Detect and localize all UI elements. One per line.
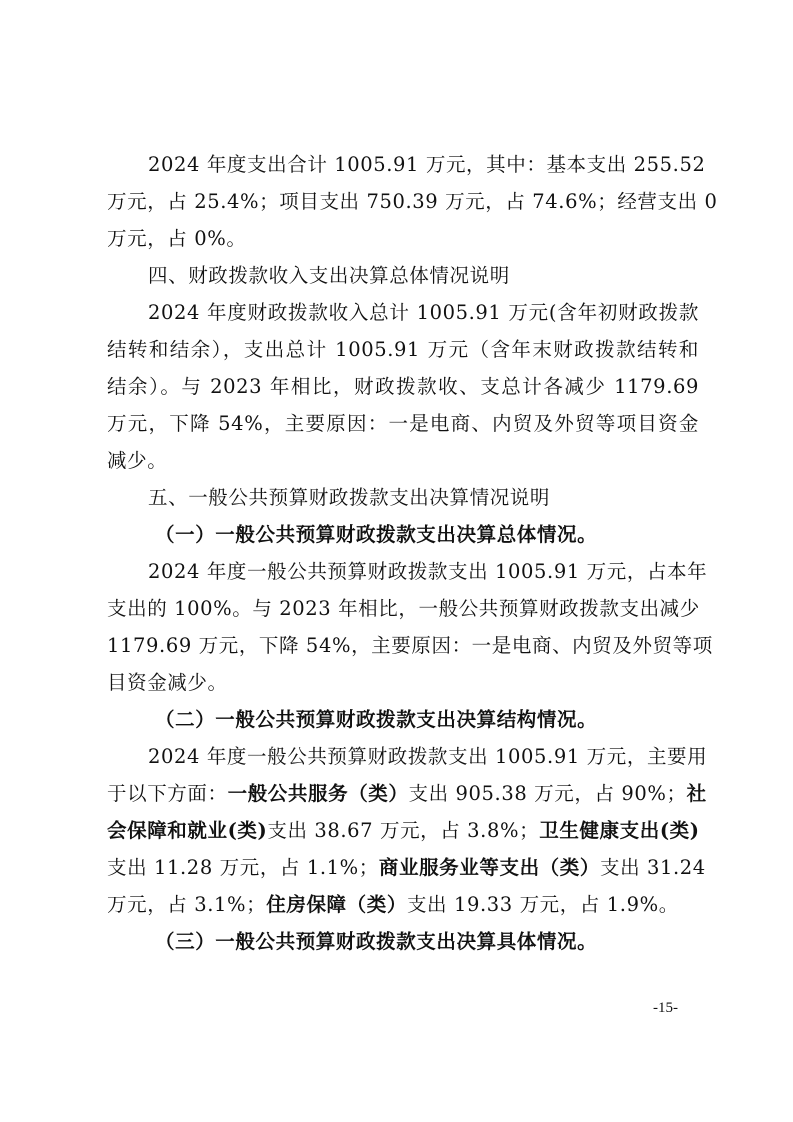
subsection-1-paragraph: 2024 年度一般公共预算财政拨款支出 1005.91 万元，占本年 支出的 1… <box>107 553 699 701</box>
text-line: 减少。 <box>107 442 699 479</box>
category-housing: 住房保障（类） <box>266 893 407 916</box>
subsection-heading-1: （一）一般公共预算财政拨款支出决算总体情况。 <box>107 516 699 553</box>
text-run: 支出 905.38 万元，占 90%； <box>409 782 687 805</box>
category-general-public-services: 一般公共服务（类） <box>228 782 409 805</box>
text-line: 结余）。与 2023 年相比，财政拨款收、支总计各减少 1179.69 <box>107 368 699 405</box>
text-line: 万元，占 25.4%；项目支出 750.39 万元，占 74.6%；经营支出 0 <box>107 183 699 220</box>
text-line: 会保障和就业(类)支出 38.67 万元，占 3.8%；卫生健康支出(类) <box>107 812 699 849</box>
subsection-heading-3: （三）一般公共预算财政拨款支出决算具体情况。 <box>107 923 699 960</box>
text-line: 万元，占 0%。 <box>107 220 699 257</box>
text-run: 支出 38.67 万元，占 3.8%； <box>267 819 539 842</box>
subsection-heading-2: （二）一般公共预算财政拨款支出决算结构情况。 <box>107 701 699 738</box>
expenditure-total-paragraph: 2024 年度支出合计 1005.91 万元，其中：基本支出 255.52 万元… <box>107 146 699 257</box>
text-line: 2024 年度一般公共预算财政拨款支出 1005.91 万元，占本年 <box>107 553 699 590</box>
text-line: 于以下方面：一般公共服务（类）支出 905.38 万元，占 90%；社 <box>107 775 699 812</box>
text-line: 支出 11.28 万元，占 1.1%；商业服务业等支出（类）支出 31.24 <box>107 849 699 886</box>
section-heading-5: 五、一般公共预算财政拨款支出决算情况说明 <box>107 479 699 516</box>
section-heading-4: 四、财政拨款收入支出决算总体情况说明 <box>107 257 699 294</box>
text-run: 万元，占 3.1%； <box>107 893 266 916</box>
document-page: 2024 年度支出合计 1005.91 万元，其中：基本支出 255.52 万元… <box>107 146 699 960</box>
subsection-2-paragraph: 2024 年度一般公共预算财政拨款支出 1005.91 万元，主要用 于以下方面… <box>107 738 699 923</box>
category-social-security-start: 社 <box>687 782 707 805</box>
text-line: 2024 年度财政拨款收入总计 1005.91 万元(含年初财政拨款 <box>107 294 699 331</box>
text-line: 1179.69 万元，下降 54%，主要原因：一是电商、内贸及外贸等项 <box>107 627 699 664</box>
category-health: 卫生健康支出(类) <box>539 819 699 842</box>
page-number: -15- <box>653 1000 678 1017</box>
text-run: 于以下方面： <box>107 782 228 805</box>
text-line: 结转和结余），支出总计 1005.91 万元（含年末财政拨款结转和 <box>107 331 699 368</box>
section-4-paragraph: 2024 年度财政拨款收入总计 1005.91 万元(含年初财政拨款 结转和结余… <box>107 294 699 479</box>
text-line: 目资金减少。 <box>107 664 699 701</box>
text-line: 万元，占 3.1%；住房保障（类）支出 19.33 万元，占 1.9%。 <box>107 886 699 923</box>
category-social-security: 会保障和就业(类) <box>107 819 267 842</box>
text-line: 支出的 100%。与 2023 年相比，一般公共预算财政拨款支出减少 <box>107 590 699 627</box>
text-run: 支出 31.24 <box>600 856 706 879</box>
text-line: 万元，下降 54%，主要原因：一是电商、内贸及外贸等项目资金 <box>107 405 699 442</box>
category-commercial-services: 商业服务业等支出（类） <box>379 856 600 879</box>
text-line: 2024 年度一般公共预算财政拨款支出 1005.91 万元，主要用 <box>107 738 699 775</box>
text-run: 支出 19.33 万元，占 1.9%。 <box>407 893 679 916</box>
text-line: 2024 年度支出合计 1005.91 万元，其中：基本支出 255.52 <box>107 146 699 183</box>
text-run: 支出 11.28 万元，占 1.1%； <box>107 856 379 879</box>
